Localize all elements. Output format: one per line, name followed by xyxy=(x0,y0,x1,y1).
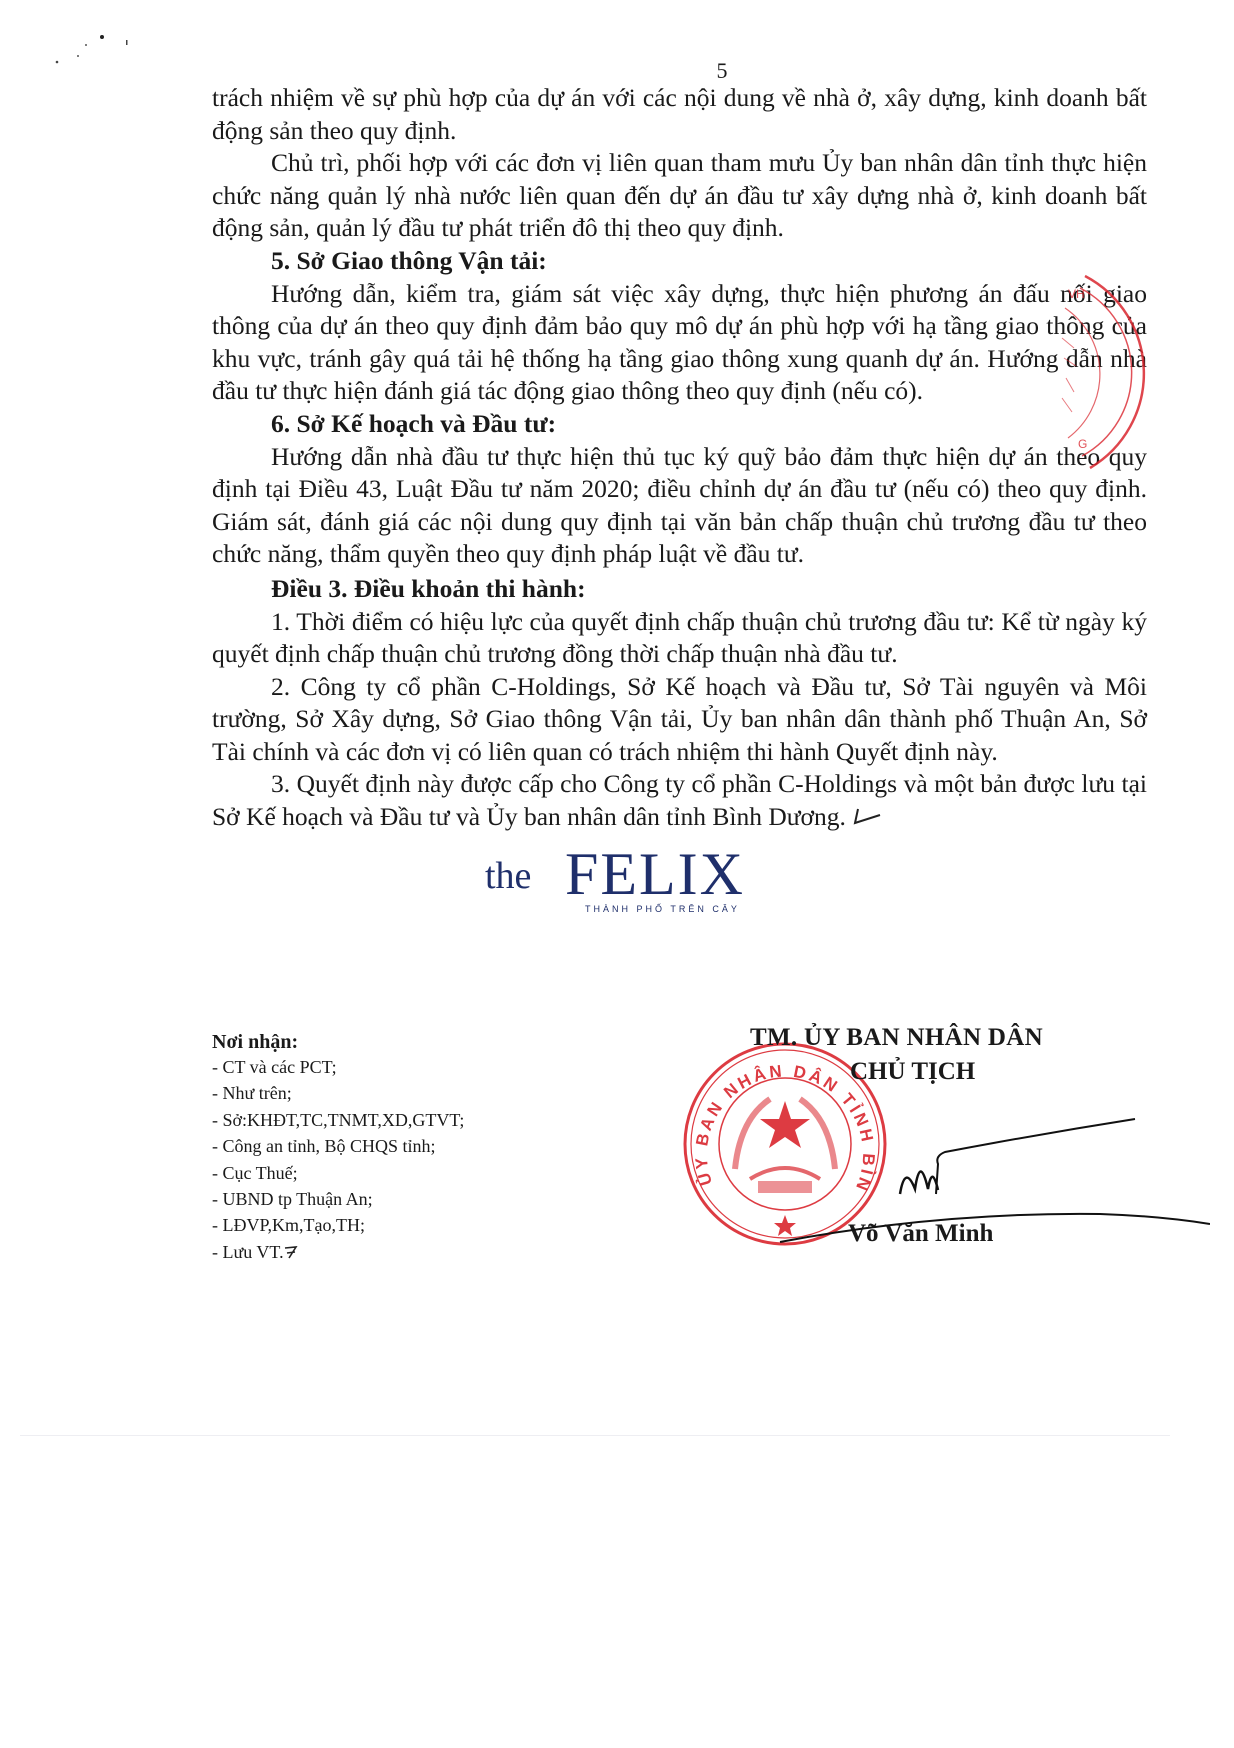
article-3-item-1: 1. Thời điểm có hiệu lực của quyết định … xyxy=(212,606,1147,671)
recipient-item: - CT và các PCT; xyxy=(212,1054,612,1080)
signature-title: CHỦ TỊCH xyxy=(850,1058,975,1086)
watermark-brand: FELIX xyxy=(565,840,745,909)
recipients-title: Nơi nhận: xyxy=(212,1030,612,1054)
watermark-prefix: the xyxy=(485,854,531,898)
initial-mark-icon xyxy=(846,807,886,829)
signature-organization: TM. ỦY BAN NHÂN DÂN xyxy=(750,1024,1043,1052)
article-3-heading: Điều 3. Điều khoản thi hành: xyxy=(212,573,1147,606)
handwritten-signature-icon xyxy=(740,1094,1210,1244)
scan-edge-line xyxy=(20,1435,1170,1436)
article-3-item-3: 3. Quyết định này được cấp cho Công ty c… xyxy=(212,768,1147,833)
recipient-item: - Công an tỉnh, Bộ CHQS tỉnh; xyxy=(212,1133,612,1159)
recipient-item: - UBND tp Thuận An; xyxy=(212,1186,612,1212)
section-6-heading: 6. Sở Kế hoạch và Đầu tư: xyxy=(212,408,1147,441)
page-number: 5 xyxy=(0,58,1234,84)
article-3-item-2: 2. Công ty cổ phần C-Holdings, Sở Kế hoạ… xyxy=(212,671,1147,769)
recipient-item: - Như trên; xyxy=(212,1080,612,1106)
recipients-block: Nơi nhận: - CT và các PCT; - Như trên; -… xyxy=(212,1030,612,1265)
paragraph-responsibility: Chủ trì, phối hợp với các đơn vị liên qu… xyxy=(212,147,1147,245)
section-6-text: Hướng dẫn nhà đầu tư thực hiện thủ tục k… xyxy=(212,441,1147,571)
recipient-item: - Sở:KHĐT,TC,TNMT,XD,GTVT; xyxy=(212,1107,612,1133)
section-5-text: Hướng dẫn, kiểm tra, giám sát việc xây d… xyxy=(212,278,1147,408)
signature-block: ỦY BAN NHÂN DÂN TỈNH BÌNH DƯƠNG TM. ỦY B… xyxy=(700,1024,1200,1264)
document-body: trách nhiệm về sự phù hợp của dự án với … xyxy=(212,82,1147,834)
recipients-list: - CT và các PCT; - Như trên; - Sở:KHĐT,T… xyxy=(212,1054,612,1265)
recipient-item: - Lưu VT. xyxy=(212,1239,612,1265)
paragraph-continuation: trách nhiệm về sự phù hợp của dự án với … xyxy=(212,82,1147,147)
watermark-tagline: THÀNH PHỐ TRÊN CÂY xyxy=(585,904,740,914)
section-5-heading: 5. Sở Giao thông Vận tải: xyxy=(212,245,1147,278)
watermark-logo: the FELIX THÀNH PHỐ TRÊN CÂY xyxy=(485,842,785,922)
recipient-item: - LĐVP,Km,Tạo,TH; xyxy=(212,1212,612,1238)
initial-mark-icon xyxy=(284,1245,298,1259)
recipient-item: - Cục Thuế; xyxy=(212,1160,612,1186)
